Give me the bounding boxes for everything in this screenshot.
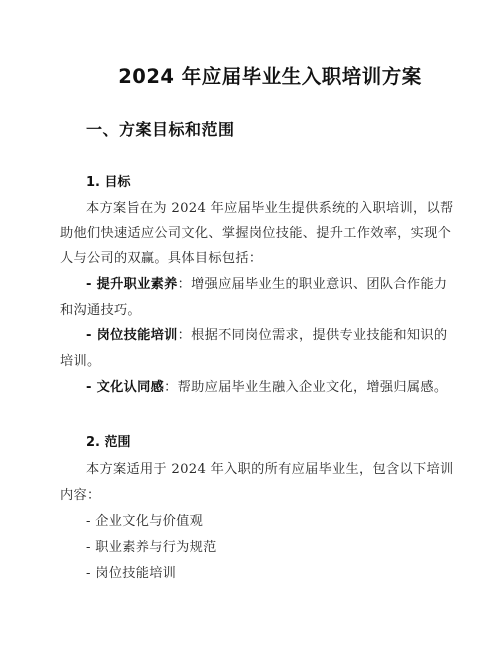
goal-item-professionalism-cont: 和沟通技巧。 bbox=[60, 299, 141, 318]
scope-item: - 企业文化与价值观 bbox=[86, 510, 203, 529]
goal-item-text: 帮助应届毕业生融入企业文化，增强归属感。 bbox=[178, 380, 448, 395]
goal-item-label: - 岗位技能培训 bbox=[86, 328, 178, 343]
subheading-goal: 1. 目标 bbox=[86, 171, 131, 190]
goal-item-text: 增强应届毕业生的职业意识、团队合作能力 bbox=[191, 277, 447, 292]
scope-intro-line-1: 本方案适用于 2024 年入职的所有应届毕业生，包含以下培训 bbox=[86, 458, 453, 477]
goal-item-job-skills-cont: 培训。 bbox=[60, 350, 100, 369]
separator: ： bbox=[164, 380, 178, 395]
goal-item-professionalism: - 提升职业素养：增强应届毕业生的职业意识、团队合作能力 bbox=[86, 273, 447, 292]
goal-item-job-skills: - 岗位技能培训：根据不同岗位需求，提供专业技能和知识的 bbox=[86, 324, 447, 343]
goal-intro-line-3: 人与公司的双赢。具体目标包括： bbox=[60, 247, 262, 266]
goal-intro-line-1: 本方案旨在为 2024 年应届毕业生提供系统的入职培训，以帮 bbox=[86, 197, 453, 216]
separator: ： bbox=[178, 328, 192, 343]
goal-item-culture: - 文化认同感：帮助应届毕业生融入企业文化，增强归属感。 bbox=[86, 376, 447, 395]
scope-item: - 岗位技能培训 bbox=[86, 562, 176, 581]
subheading-scope: 2. 范围 bbox=[86, 431, 131, 450]
scope-intro-line-2: 内容： bbox=[60, 484, 100, 503]
document-page: 2024 年应届毕业生入职培训方案 一、方案目标和范围 1. 目标 本方案旨在为… bbox=[0, 0, 500, 647]
goal-intro-line-2: 助他们快速适应公司文化、掌握岗位技能、提升工作效率，实现个 bbox=[60, 222, 451, 241]
goal-item-text: 根据不同岗位需求，提供专业技能和知识的 bbox=[191, 328, 447, 343]
section-heading-goals-scope: 一、方案目标和范围 bbox=[86, 117, 235, 140]
goal-item-label: - 文化认同感 bbox=[86, 380, 164, 395]
document-title: 2024 年应届毕业生入职培训方案 bbox=[0, 61, 500, 89]
scope-item: - 职业素养与行为规范 bbox=[86, 536, 217, 555]
goal-item-label: - 提升职业素养 bbox=[86, 277, 178, 292]
separator: ： bbox=[178, 277, 192, 292]
